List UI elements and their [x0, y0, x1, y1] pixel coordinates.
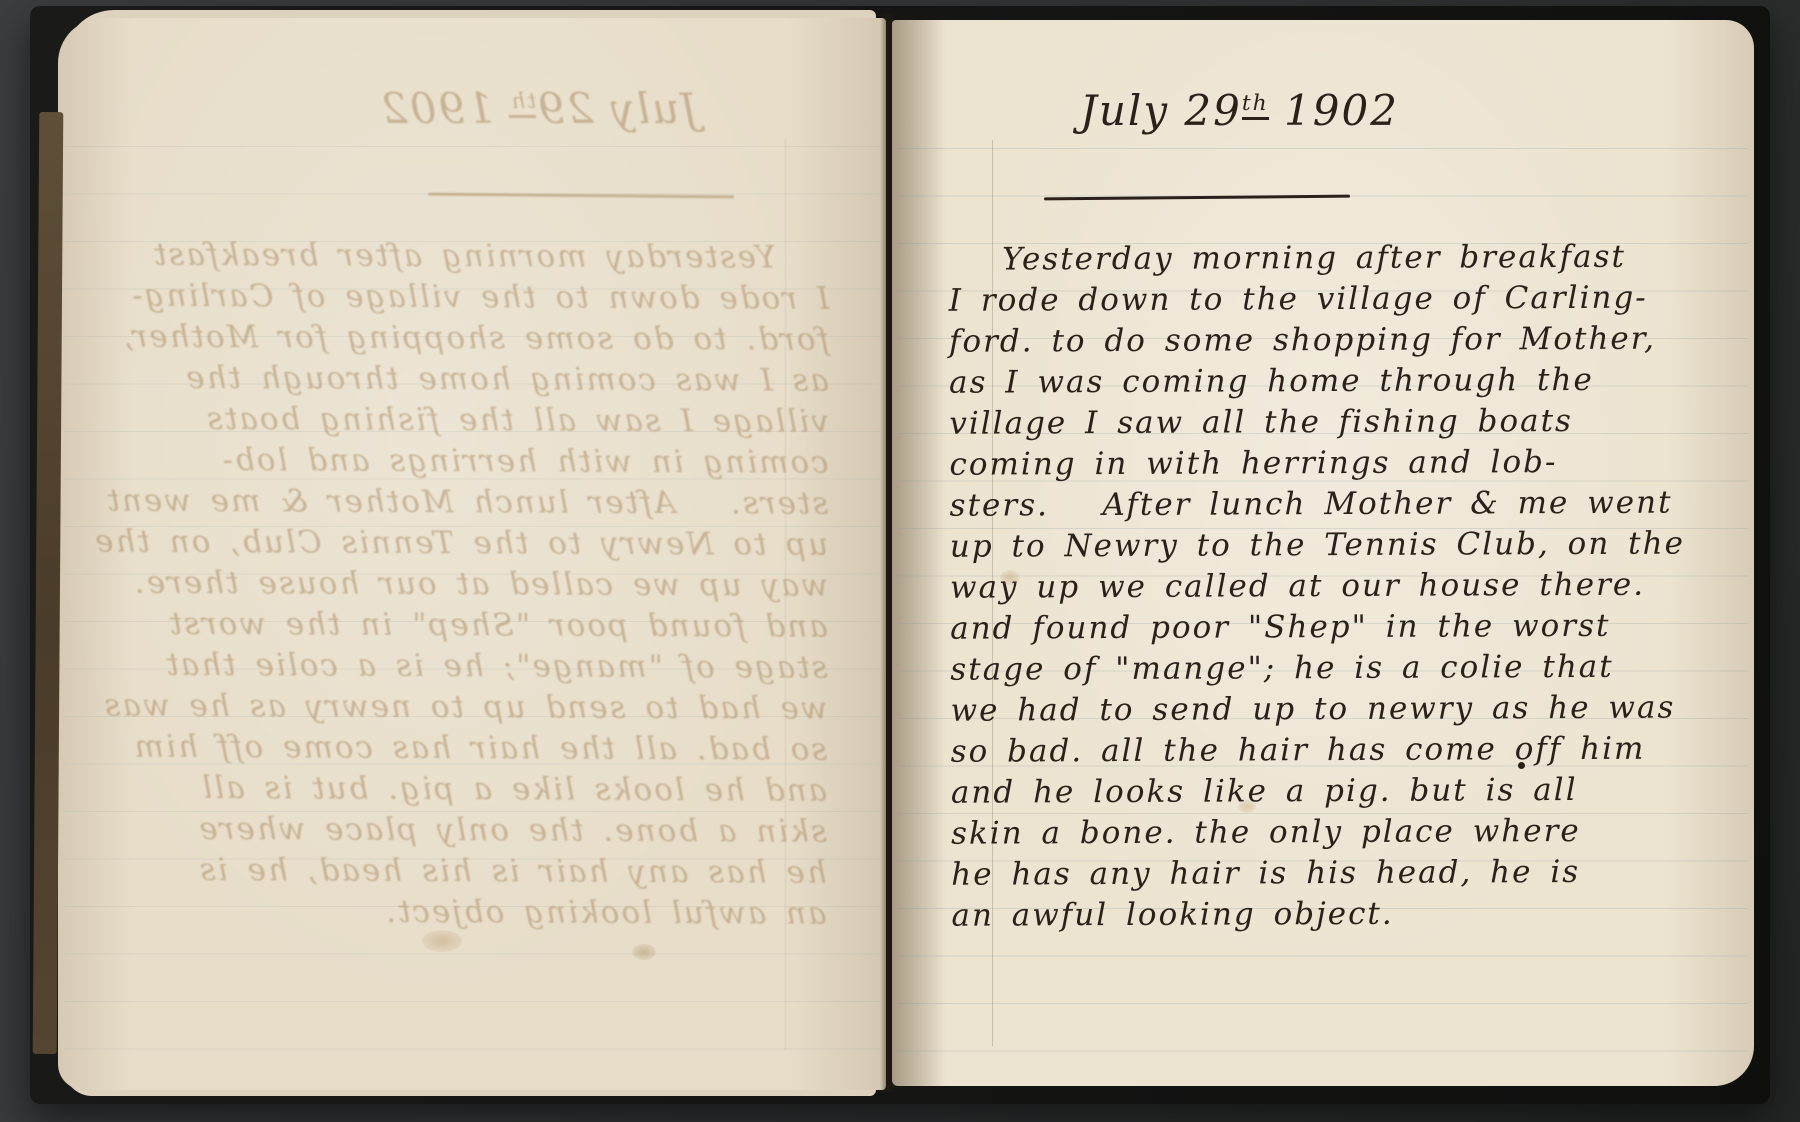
handwritten-line: ford. to do some shopping for Mother, — [39, 316, 829, 360]
handwritten-line: and he looks like a pig. but is all — [37, 767, 827, 811]
handwritten-line: we had to send up to newry as he was — [37, 685, 827, 729]
handwritten-line: up to Newry to the Tennis Club, on the — [950, 523, 1740, 567]
handwritten-line: he has any hair is his head, he is — [37, 849, 827, 893]
handwritten-line: skin a bone. the only place where — [37, 808, 827, 852]
handwritten-line: sters. After lunch Mother & me went — [38, 480, 828, 524]
diary-entry: July 29th 1902 Yesterday morning after b… — [892, 20, 1754, 1086]
handwritten-line: Yesterday morning after breakfast — [948, 236, 1738, 280]
margin-line — [785, 138, 786, 1050]
handwritten-line: up to Newry to the Tennis Club, on the — [38, 521, 828, 565]
handwritten-line: so bad. all the hair has come off him — [951, 728, 1741, 772]
handwritten-line: stage of "mange"; he is a colie that — [38, 644, 828, 688]
date-underline — [1044, 195, 1350, 201]
handwritten-line: ford. to do some shopping for Mother, — [949, 318, 1739, 362]
handwritten-line: I rode down to the village of Carling- — [949, 277, 1739, 321]
entry-body: Yesterday morning after breakfastI rode … — [948, 236, 1741, 936]
bleedthrough-text: July 29th 1902 Yesterday morning after b… — [58, 18, 886, 1090]
handwritten-line: so bad. all the hair has come off him — [37, 726, 827, 770]
handwritten-line: Yesterday morning after breakfast — [39, 234, 829, 278]
handwritten-line: I rode down to the village of Carling- — [39, 275, 829, 319]
ink-dot — [1518, 762, 1525, 769]
handwritten-line: village I saw all the fishing boats — [949, 400, 1739, 444]
handwritten-line: an awful looking object. — [36, 890, 826, 934]
handwritten-line: coming in with herrings and lob- — [949, 441, 1739, 485]
bleedthrough-date: July 29th 1902 — [379, 84, 698, 133]
handwritten-line: village I saw all the fishing boats — [39, 398, 829, 442]
handwritten-line: he has any hair is his head, he is — [951, 851, 1741, 895]
handwritten-line: way up we called at our house there. — [38, 562, 828, 606]
handwritten-line: sters. After lunch Mother & me went — [950, 482, 1740, 526]
bleedthrough-date-underline — [428, 193, 734, 199]
right-page: July 29th 1902 Yesterday morning after b… — [892, 20, 1754, 1086]
handwritten-line: and found poor "Shep" in the worst — [950, 605, 1740, 649]
handwritten-line: an awful looking object. — [951, 892, 1741, 936]
handwritten-line: skin a bone. the only place where — [951, 810, 1741, 854]
entry-date: July 29th 1902 — [1080, 86, 1399, 135]
handwritten-line: coming in with herrings and lob- — [38, 439, 828, 483]
handwritten-line: we had to send up to newry as he was — [950, 687, 1740, 731]
photo-background: July 29th 1902 Yesterday morning after b… — [0, 0, 1800, 1122]
handwritten-line: and he looks like a pig. but is all — [951, 769, 1741, 813]
left-page: July 29th 1902 Yesterday morning after b… — [58, 18, 886, 1090]
handwritten-line: and found poor "Shep" in the worst — [38, 603, 828, 647]
handwritten-line: as I was coming home through the — [949, 359, 1739, 403]
bleedthrough-body: Yesterday morning after breakfastI rode … — [36, 234, 829, 934]
handwritten-line: as I was coming home through the — [39, 357, 829, 401]
handwritten-line: way up we called at our house there. — [950, 564, 1740, 608]
handwritten-line: stage of "mange"; he is a colie that — [950, 646, 1740, 690]
